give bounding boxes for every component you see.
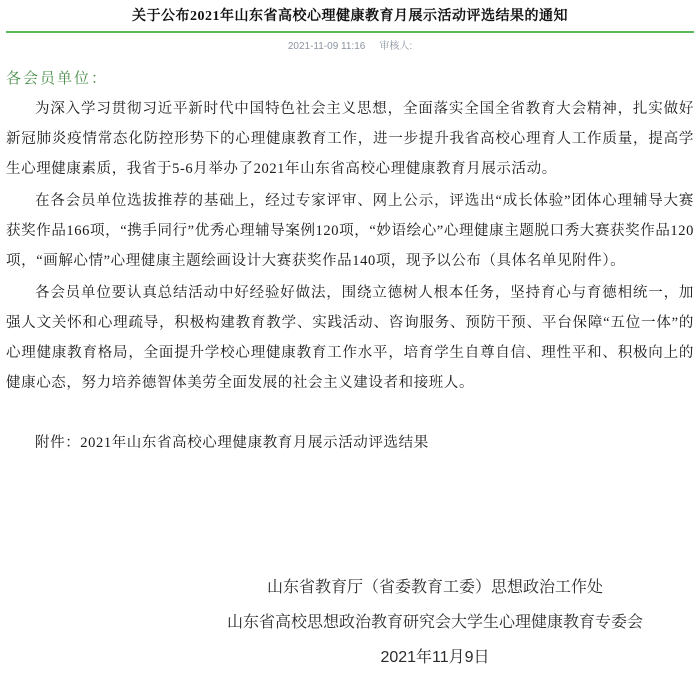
salutation: 各会员单位： — [6, 64, 694, 94]
meta-line: 2021-11-09 11:16审核人: — [6, 41, 694, 53]
publish-datetime: 2021-11-09 11:16 — [288, 41, 365, 52]
signature-date: 2021年11月9日 — [176, 640, 694, 675]
page-title: 关于公布2021年山东省高校心理健康教育月展示活动评选结果的通知 — [6, 9, 694, 25]
body-paragraph-1: 为深入学习贯彻习近平新时代中国特色社会主义思想，全面落实全国全省教育大会精神，扎… — [6, 94, 694, 184]
reviewer-label: 审核人: — [379, 41, 412, 52]
attachment-line: 附件：2021年山东省高校心理健康教育月展示活动评选结果 — [6, 428, 694, 458]
title-divider — [6, 31, 694, 33]
signature-line-2: 山东省高校思想政治教育研究会大学生心理健康教育专委会 — [176, 605, 694, 640]
notice-body: 为深入学习贯彻习近平新时代中国特色社会主义思想，全面落实全国全省教育大会精神，扎… — [6, 94, 694, 398]
signature-block: 山东省教育厅（省委教育工委）思想政治工作处 山东省高校思想政治教育研究会大学生心… — [176, 570, 694, 675]
signature-line-1: 山东省教育厅（省委教育工委）思想政治工作处 — [176, 570, 694, 605]
notice-document: 关于公布2021年山东省高校心理健康教育月展示活动评选结果的通知 2021-11… — [0, 9, 700, 675]
body-paragraph-3: 各会员单位要认真总结活动中好经验好做法，围绕立德树人根本任务，坚持育心与育德相统… — [6, 278, 694, 398]
body-paragraph-2: 在各会员单位选拔推荐的基础上，经过专家评审、网上公示，评选出“成长体验”团体心理… — [6, 186, 694, 276]
